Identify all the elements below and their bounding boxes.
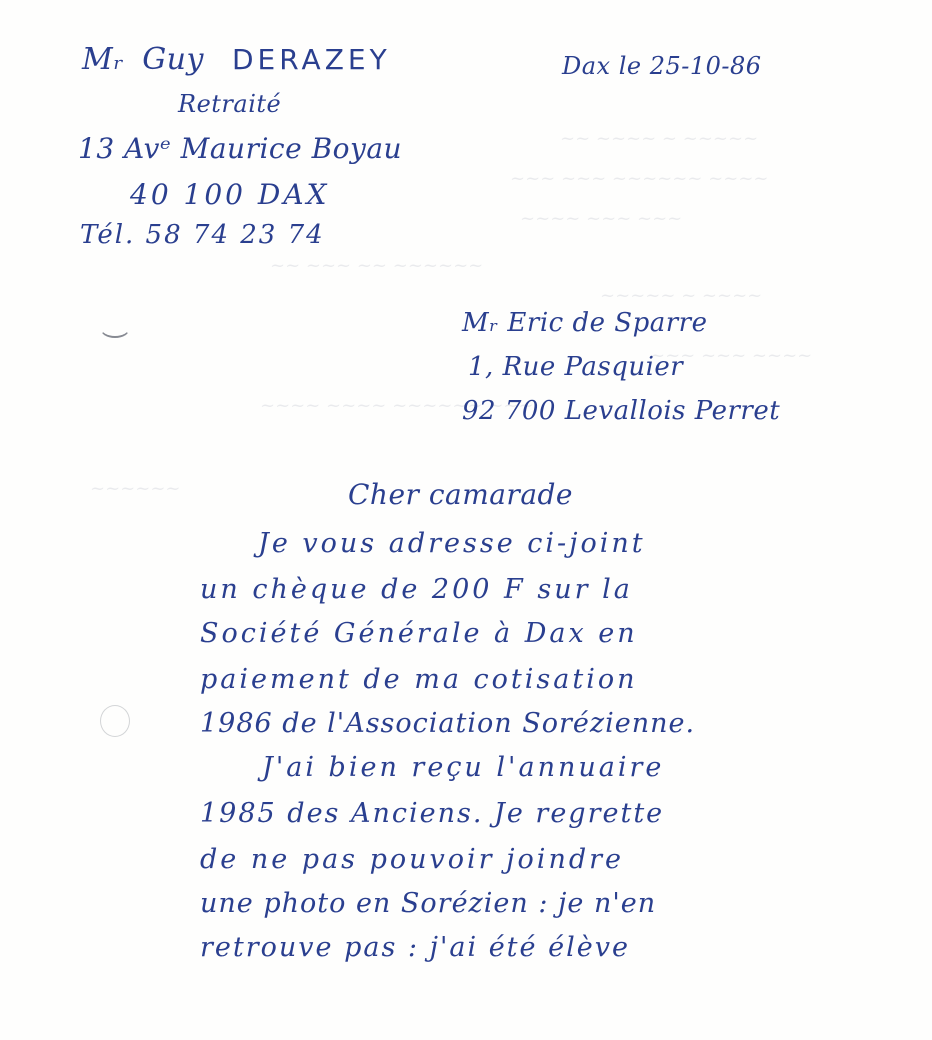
body-line: 1985 des Anciens. Je regrette <box>200 798 664 829</box>
letter-page: ~~ ~~~~ ~ ~~~~~ ~~~ ~~~ ~~~~~~ ~~~~ ~~~~… <box>0 0 932 1040</box>
body-line: une photo en Sorézien : je n'en <box>200 888 656 919</box>
letter-date: Dax le 25-10-86 <box>562 52 762 80</box>
bleed-through-text: ~~~~ ~~~ ~~~ <box>520 208 682 229</box>
body-line: Je vous adresse ci-joint <box>258 528 646 559</box>
bleed-through-text: ~~~~~~ <box>90 478 181 499</box>
sender-first-name: Guy <box>142 42 204 77</box>
recipient-name: Mᵣ Eric de Sparre <box>462 308 707 338</box>
punch-hole-mark <box>100 705 130 737</box>
sender-phone: Tél. 58 74 23 74 <box>80 220 325 250</box>
salutation: Cher camarade <box>348 478 573 511</box>
sender-last-name: DERAZEY <box>232 43 391 76</box>
body-line: un chèque de 200 F sur la <box>200 574 633 605</box>
body-line: J'ai bien reçu l'annuaire <box>262 752 664 783</box>
body-line: Société Générale à Dax en <box>200 618 638 649</box>
recipient-street: 1, Rue Pasquier <box>468 352 683 382</box>
bleed-through-text: ~~~~~ ~ ~~~~ <box>600 285 762 306</box>
body-line: paiement de ma cotisation <box>200 664 637 695</box>
punch-hole-mark <box>100 318 130 338</box>
body-line: retrouve pas : j'ai été élève <box>200 932 630 963</box>
bleed-through-text: ~~~ ~~~ ~~~~~~ ~~~~ <box>510 168 768 189</box>
sender-postcode-city: 40 100 DAX <box>130 178 329 211</box>
sender-name-prefix: Mᵣ <box>82 42 124 77</box>
body-line: de ne pas pouvoir joindre <box>200 844 624 875</box>
bleed-through-text: ~~ ~~~~ ~ ~~~~~ <box>560 128 758 149</box>
sender-name: Mᵣ Guy DERAZEY <box>82 42 391 77</box>
bleed-through-text: ~~ ~~~ ~~ ~~~~~~ <box>270 255 483 276</box>
sender-occupation: Retraité <box>178 90 281 118</box>
recipient-postcode-city: 92 700 Levallois Perret <box>462 396 780 426</box>
sender-street: 13 Avᵉ Maurice Boyau <box>78 132 402 165</box>
body-line: 1986 de l'Association Sorézienne. <box>200 708 695 739</box>
